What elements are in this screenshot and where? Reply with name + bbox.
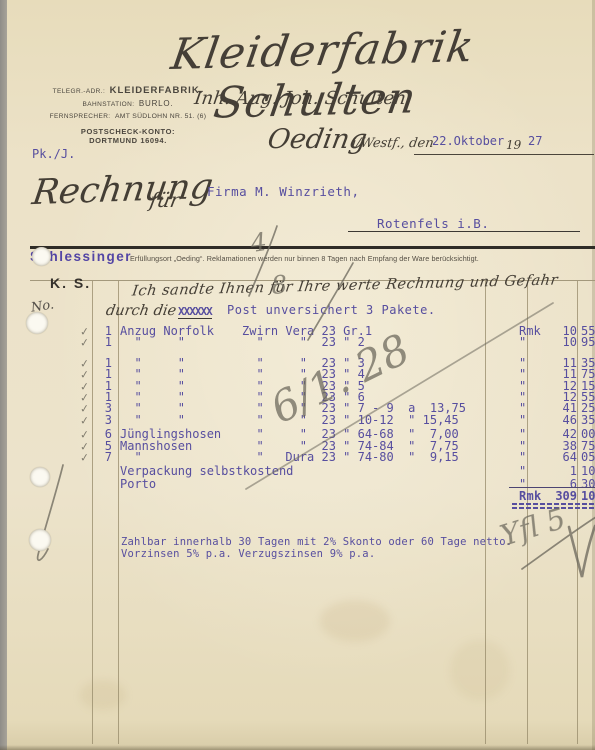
struck-out-text: XXXXXX: [178, 305, 212, 319]
punch-hole: [30, 467, 50, 487]
amount-cell: 1: [547, 466, 577, 477]
contact-block: TELEGR.-ADR.: KLEIDERFABRIK. BAHNSTATION…: [32, 84, 224, 146]
telephone-line: FERNSPRECHER: AMT SÜDLOHN NR. 51. (6): [32, 109, 224, 122]
total-double-rule: [512, 503, 595, 505]
place-region: i/Westf., den: [351, 136, 435, 151]
row-gap: [112, 452, 120, 463]
currency-cell: ": [519, 452, 547, 463]
row-pad: [30, 429, 80, 440]
punch-hole: [29, 529, 51, 551]
description-cell: " ": [120, 337, 242, 348]
currency-cell: ": [519, 415, 547, 426]
pencil-checkmark: ✓: [79, 451, 94, 464]
pencil-total-diagonal: [522, 517, 595, 569]
table-row: ✓ 1 " " " " 23 " 2 " 10 95: [30, 337, 595, 348]
quantity-cell: [94, 479, 112, 490]
row-gap: [112, 381, 120, 392]
invoice-year: 27: [528, 134, 542, 148]
date-underline: [414, 154, 594, 155]
total-underline: [509, 487, 595, 488]
punch-hole: [32, 247, 51, 266]
total-double-rule: [512, 507, 595, 509]
shipping-method-typed: Post unversichert 3 Pakete.: [227, 303, 436, 317]
payment-terms-line2: Vorzinsen 5% p.a. Verzugszinsen 9% p.a.: [121, 548, 375, 560]
total-amount: 309: [545, 489, 577, 503]
table-row: Verpackung selbstkostend " 1 10: [30, 466, 595, 477]
description-cell: Porto: [120, 479, 242, 490]
recipient-name: Firma M. Winzrieth,: [207, 184, 360, 199]
punch-hole: [26, 312, 48, 334]
reference-mark: Pk./J.: [32, 147, 75, 161]
description-cell: Verpackung selbstkostend: [120, 466, 242, 477]
total-pfennig: 10: [581, 489, 595, 503]
invoice-document: Kleiderfabrik Schulten Inh. Aug. Joh. Sc…: [0, 0, 595, 750]
total-currency: Rmk: [519, 489, 542, 503]
city-underline: [348, 231, 580, 232]
amount-cell: 64: [547, 452, 577, 463]
detail-cell: [242, 466, 519, 477]
row-pad: [30, 392, 80, 403]
detail-cell: " Dura 23 " 74-80 " 9,15: [242, 452, 519, 463]
pencil-checkmark: ✓: [79, 337, 94, 350]
pencil-checkmark: [79, 478, 94, 491]
pencil-checkmark: ✓: [79, 414, 94, 427]
postal-account-value: DORTMUND 16094.: [32, 136, 224, 146]
row-gap: [112, 358, 120, 369]
quantity-cell: 1: [94, 337, 112, 348]
detail-cell: [242, 479, 519, 490]
shipping-script-line2: durch die: [105, 303, 178, 319]
row-pad: [30, 369, 80, 380]
row-gap: [112, 392, 120, 403]
quantity-cell: [94, 466, 112, 477]
telegram-address-line: TELEGR.-ADR.: KLEIDERFABRIK.: [32, 84, 224, 97]
row-gap: [112, 337, 120, 348]
year-preprint: 19: [506, 138, 521, 152]
clerk-initials: K. S.: [50, 275, 91, 291]
pfennig-cell: 35: [581, 415, 595, 426]
table-row: ✓ 3 " " " " 23 " 10-12 " 15,45 " 46 35: [30, 415, 595, 426]
row-gap: [112, 326, 120, 337]
row-pad: [30, 452, 80, 463]
paper-stain: [80, 680, 126, 710]
table-row: Porto " 6 30: [30, 479, 595, 490]
amount-cell: 46: [547, 415, 577, 426]
invoice-label-for: für: [148, 188, 182, 212]
pfennig-cell: 95: [581, 337, 595, 348]
row-gap: [112, 441, 120, 452]
scan-edge-bottom: [0, 745, 595, 750]
paper-stain: [450, 640, 510, 700]
row-pad: [30, 381, 80, 392]
row-gap: [112, 415, 120, 426]
quantity-cell: 7: [94, 452, 112, 463]
table-row: ✓ 7 " " Dura 23 " 74-80 " 9,15 " 64 05: [30, 452, 595, 463]
currency-cell: ": [519, 466, 547, 477]
row-gap: [112, 429, 120, 440]
amount-cell: 10: [547, 337, 577, 348]
pencil-checkmark: [79, 466, 94, 479]
currency-cell: ": [519, 337, 547, 348]
invoice-label: Rechnung: [30, 167, 216, 213]
items-table: ✓ 1 Anzug Norfolk Zwirn Vera 23 Gr.1 Rmk…: [30, 326, 595, 490]
row-gap: [112, 369, 120, 380]
pfennig-cell: 10: [581, 466, 595, 477]
row-pad: [30, 403, 80, 414]
row-pad: [30, 358, 80, 369]
detail-cell: " " 23 " 2: [242, 337, 519, 348]
row-pad: [30, 441, 80, 452]
scan-edge-left: [0, 0, 7, 750]
quantity-cell: 3: [94, 415, 112, 426]
postal-account-label: POSTSCHECK-KONTO:: [32, 127, 224, 137]
row-pad: [30, 415, 80, 426]
shipping-script-line1: Ich sandte Ihnen für Ihre werte Rechnung…: [131, 272, 559, 299]
recipient-city: Rotenfels i.B.: [377, 216, 489, 231]
conditions-notice: Erfüllungsort „Oeding“. Reklamationen we…: [130, 254, 490, 263]
pfennig-cell: 05: [581, 452, 595, 463]
detail-cell: " " 23 " 10-12 " 15,45: [242, 415, 519, 426]
row-gap: [112, 403, 120, 414]
description-cell: " ": [120, 415, 242, 426]
row-pad: [30, 337, 80, 348]
invoice-date: 22.Oktober: [432, 134, 504, 148]
payment-terms-line1: Zahlbar innerhalb 30 Tagen mit 2% Skonto…: [121, 536, 512, 548]
row-gap: [112, 466, 120, 477]
paper-stain: [320, 600, 390, 642]
description-cell: ": [120, 452, 242, 463]
rail-station-line: BAHNSTATION: BURLO.: [32, 97, 224, 110]
row-gap: [112, 479, 120, 490]
